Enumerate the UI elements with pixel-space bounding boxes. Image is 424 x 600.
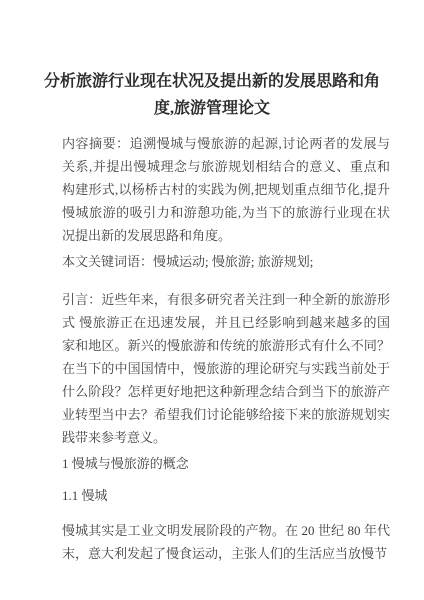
article-title: 分析旅游行业现在状况及提出新的发展思路和角度,旅游管理论文 <box>0 11 424 122</box>
keywords-line: 本文关键词语：慢城运动; 慢旅游; 旅游规划; <box>0 250 424 273</box>
introduction-paragraph: 引言：近些年来，有很多研究者关注到一种全新的旅游形式 慢旅游正在迅速发展，并且已… <box>0 288 424 449</box>
subsection-1-1-heading: 1.1 慢城 <box>0 484 424 507</box>
abstract-paragraph: 内容摘要：追溯慢城与慢旅游的起源,讨论两者的发展与关系,并提出慢城理念与旅游规划… <box>0 132 424 247</box>
section-1-heading: 1 慢城与慢旅游的概念 <box>0 452 424 475</box>
document-page: 分析旅游行业现在状况及提出新的发展思路和角度,旅游管理论文 内容摘要：追溯慢城与… <box>0 0 424 600</box>
subsection-1-1-paragraph: 慢城其实是工业文明发展阶段的产物。在 20 世纪 80 年代末，意大利发起了慢食… <box>0 519 424 565</box>
